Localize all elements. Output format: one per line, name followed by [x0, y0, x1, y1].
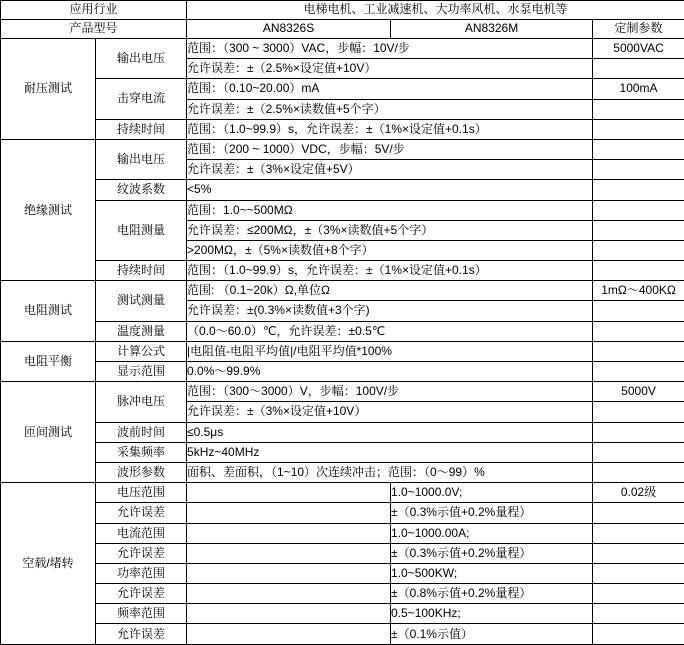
custom-cell — [593, 442, 684, 462]
custom-cell — [593, 362, 684, 382]
spec-cell: |电阻值-电阻平均值|/电阻平均值*100% — [187, 341, 593, 361]
param-label-power-range: 功率范围 — [96, 563, 187, 583]
spec-s-cell — [187, 503, 391, 523]
application-industry-label: 应用行业 — [1, 1, 187, 20]
spec-cell: 范围：（1.0~99.9）s，允许误差：±（1%×设定值+0.1s） — [187, 119, 593, 139]
spec-cell: （0.0～60.0）℃，允许误差：±0.5℃ — [187, 321, 593, 341]
section-interturn-test: 匝间测试 — [1, 382, 96, 483]
param-label-output-voltage: 输出电压 — [96, 39, 187, 79]
custom-cell: 100mA — [593, 79, 684, 99]
spec-cell: 范围：（0.10~20.00）mA — [187, 79, 593, 99]
custom-cell — [593, 240, 684, 260]
custom-cell — [593, 139, 684, 159]
application-industry-value: 电梯电机、工业减速机、大功率风机、水泵电机等 — [187, 1, 684, 20]
spec-cell: 范围：（300～3000）V，步幅：100V/步 — [187, 382, 593, 402]
spec-cell: 允许误差：±（3%×设定值+5V） — [187, 160, 593, 180]
param-label-voltage-range: 电压范围 — [96, 483, 187, 503]
param-label-output-voltage: 输出电压 — [96, 139, 187, 179]
spec-s-cell — [187, 563, 391, 583]
section-noload-lockedrotor: 空载/堵转 — [1, 483, 96, 645]
spec-s-cell — [187, 523, 391, 543]
section-resistance-test: 电阻测试 — [1, 281, 96, 342]
spec-cell: <5% — [187, 180, 593, 200]
spec-s-cell — [187, 483, 391, 503]
custom-cell — [593, 462, 684, 482]
custom-cell — [593, 261, 684, 281]
spec-m-cell: 1.0~1000.0V; — [391, 483, 593, 503]
custom-cell: 1mΩ～400KΩ — [593, 281, 684, 301]
param-label-test-measure: 测试测量 — [96, 281, 187, 321]
custom-cell — [593, 604, 684, 624]
param-label-ripple-coefficient: 纹波系数 — [96, 180, 187, 200]
spec-s-cell — [187, 624, 391, 645]
spec-cell: 范围：1.0~~500MΩ — [187, 200, 593, 220]
spec-m-cell: ±（0.3%示值+0.2%量程） — [391, 503, 593, 523]
param-label-duration: 持续时间 — [96, 119, 187, 139]
param-label-tolerance: 允许误差 — [96, 624, 187, 645]
param-label-breakdown-current: 击穿电流 — [96, 79, 187, 119]
custom-cell — [593, 543, 684, 563]
spec-s-cell — [187, 543, 391, 563]
custom-cell: 5000V — [593, 382, 684, 402]
custom-cell — [593, 180, 684, 200]
custom-cell — [593, 200, 684, 220]
spec-m-cell: 1.0~1000.00A; — [391, 523, 593, 543]
param-label-formula: 计算公式 — [96, 341, 187, 361]
custom-cell — [593, 422, 684, 442]
spec-cell: 允许误差：±（3%×设定值+10V） — [187, 402, 593, 422]
custom-cell — [593, 59, 684, 79]
spec-m-cell: ±（0.3%示值+0.2%量程） — [391, 543, 593, 563]
spec-cell: 范围：（300 ~ 3000）VAC，步幅：10V/步 — [187, 39, 593, 59]
spec-m-cell: 0.5~100KHz; — [391, 604, 593, 624]
custom-cell — [593, 624, 684, 645]
model-an8326s: AN8326S — [187, 20, 391, 39]
custom-cell — [593, 563, 684, 583]
spec-cell: 面积、差面积，（1~10）次连续冲击；范围：（0～99）% — [187, 462, 593, 482]
spec-s-cell — [187, 604, 391, 624]
spec-table: 应用行业 电梯电机、工业减速机、大功率风机、水泵电机等 产品型号 AN8326S… — [0, 0, 684, 645]
custom-cell: 5000VAC — [593, 39, 684, 59]
custom-cell — [593, 341, 684, 361]
spec-cell: 允许误差：±(0.3%×读数值+3个字) — [187, 301, 593, 321]
spec-cell: ≤0.5μs — [187, 422, 593, 442]
custom-cell — [593, 523, 684, 543]
custom-cell — [593, 119, 684, 139]
spec-m-cell: ±（0.8%示值+0.2%量程） — [391, 584, 593, 604]
param-label-waveform-params: 波形参数 — [96, 462, 187, 482]
param-label-display-range: 显示范围 — [96, 362, 187, 382]
param-label-tolerance: 允许误差 — [96, 503, 187, 523]
param-label-current-range: 电流范围 — [96, 523, 187, 543]
spec-cell: 范围：（1.0~99.9）s，允许误差：±（1%×设定值+0.1s） — [187, 261, 593, 281]
spec-cell: 范围：（200 ~ 1000）VDC，步幅：5V/步 — [187, 139, 593, 159]
param-label-pulse-voltage: 脉冲电压 — [96, 382, 187, 422]
custom-cell — [593, 301, 684, 321]
spec-cell: 5kHz~40MHz — [187, 442, 593, 462]
section-hipot-test: 耐压测试 — [1, 39, 96, 140]
spec-cell: 允许误差：±（2.5%×设定值+10V） — [187, 59, 593, 79]
custom-cell — [593, 321, 684, 341]
param-label-frequency-range: 频率范围 — [96, 604, 187, 624]
section-insulation-test: 绝缘测试 — [1, 139, 96, 280]
spec-cell: 允许误差：≤200MΩ，±（3%×读数值+5个字） — [187, 220, 593, 240]
spec-cell: >200MΩ，±（5%×读数值+8个字） — [187, 240, 593, 260]
custom-cell — [593, 99, 684, 119]
model-an8326m: AN8326M — [391, 20, 593, 39]
product-model-label: 产品型号 — [1, 20, 187, 39]
custom-params-header: 定制参数 — [593, 20, 684, 39]
param-label-tolerance: 允许误差 — [96, 584, 187, 604]
custom-cell — [593, 503, 684, 523]
spec-cell: 范围: （0.1~20k）Ω,单位Ω — [187, 281, 593, 301]
spec-cell: 允许误差：±（2.5%×读数值+5个字） — [187, 99, 593, 119]
spec-m-cell: 1.0~500KW; — [391, 563, 593, 583]
param-label-sampling-frequency: 采集频率 — [96, 442, 187, 462]
param-label-tolerance: 允许误差 — [96, 543, 187, 563]
spec-cell: 0.0%～99.9% — [187, 362, 593, 382]
custom-cell — [593, 402, 684, 422]
custom-cell — [593, 160, 684, 180]
custom-cell: 0.02级 — [593, 483, 684, 503]
spec-m-cell: ±（0.1%示值） — [391, 624, 593, 645]
custom-cell — [593, 220, 684, 240]
param-label-duration: 持续时间 — [96, 261, 187, 281]
param-label-wavefront-time: 波前时间 — [96, 422, 187, 442]
spec-s-cell — [187, 584, 391, 604]
section-resistance-balance: 电阻平衡 — [1, 341, 96, 381]
param-label-resistance-measure: 电阻测量 — [96, 200, 187, 261]
custom-cell — [593, 584, 684, 604]
param-label-temperature-measure: 温度测量 — [96, 321, 187, 341]
